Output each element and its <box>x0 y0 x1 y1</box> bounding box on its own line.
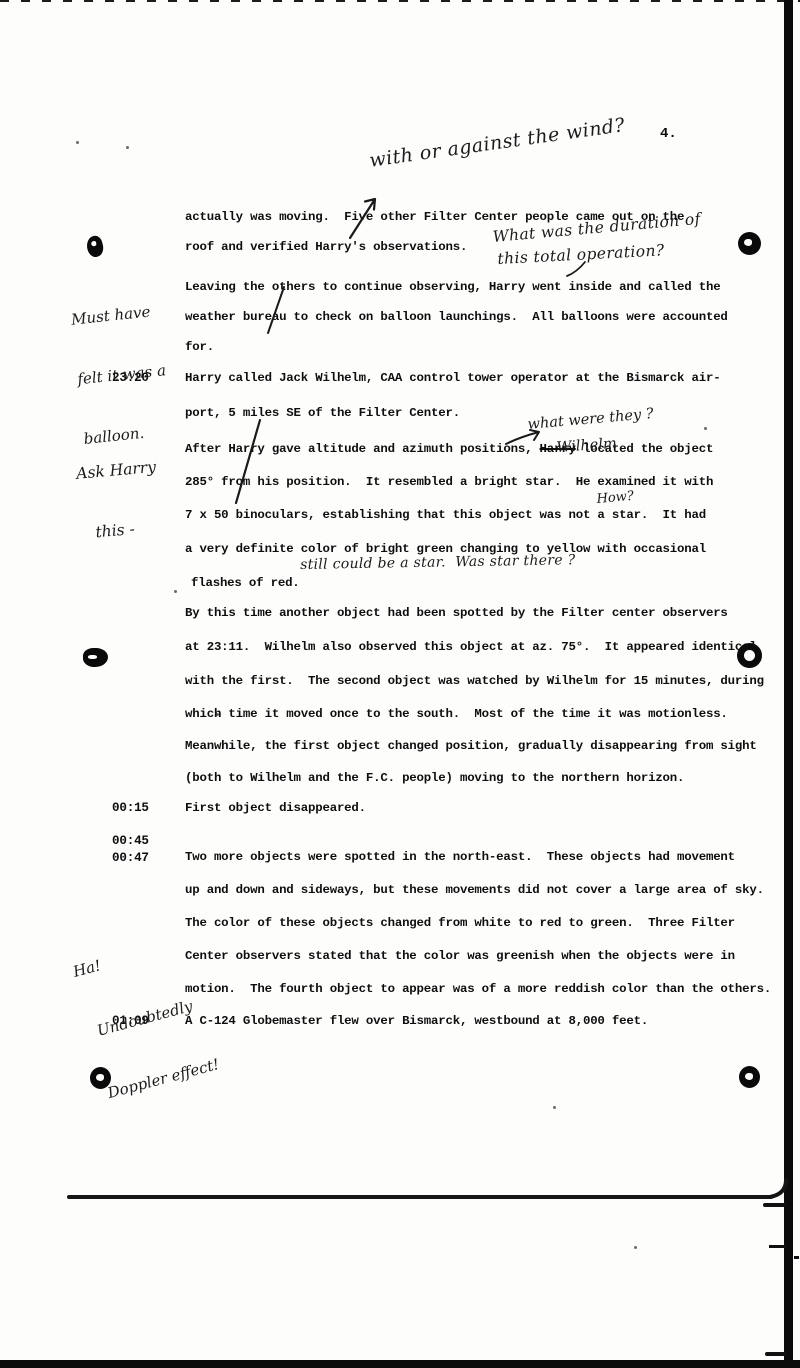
hole-punch-mark <box>85 234 106 258</box>
noise-speck <box>634 1246 637 1249</box>
edge-tick-mark <box>763 1203 786 1207</box>
typed-line: up and down and sideways, but these move… <box>185 883 764 897</box>
typed-line: for. <box>185 340 214 354</box>
hole-punch-mark <box>83 648 108 667</box>
typed-line: weather bureau to check on balloon launc… <box>185 310 728 324</box>
handwritten-line: felt it was a <box>76 360 166 389</box>
typed-line: Two more objects were spotted in the nor… <box>185 850 735 864</box>
typed-line: By this time another object had been spo… <box>185 606 728 620</box>
noise-speck <box>174 590 177 593</box>
scan-right-edge-bar <box>784 0 793 1368</box>
noise-speck <box>76 141 79 144</box>
typed-line: with the first. The second object was wa… <box>185 674 764 688</box>
typed-line: (both to Wilhelm and the F.C. people) mo… <box>185 771 684 785</box>
typed-line: First object disappeared. <box>185 801 366 815</box>
handwritten-note-wind: with or against the wind? <box>368 114 627 172</box>
typed-line: flashes of red. <box>191 576 300 590</box>
document-page: 4. 23:20 00:15 00:45 00:47 01:09 actuall… <box>0 0 800 1368</box>
handwritten-line: this - <box>95 517 162 543</box>
handwritten-line: Undoubtedly <box>95 993 205 1041</box>
margin-time: 00:15 <box>112 801 149 815</box>
typed-line: Meanwhile, the first object changed posi… <box>185 739 757 753</box>
handwritten-note-what-were-they: what were they ? <box>527 406 654 433</box>
typed-line: port, 5 miles SE of the Filter Center. <box>185 406 460 420</box>
punch-fleck <box>744 239 752 246</box>
edge-tick-mark <box>765 1352 786 1356</box>
typed-line: After Harry gave altitude and azimuth po… <box>185 442 713 456</box>
scan-bottom-edge-bar <box>0 1360 800 1368</box>
noise-speck <box>553 1106 556 1109</box>
handwritten-line: Ask Harry <box>75 457 156 484</box>
typed-line: which time it moved once to the south. M… <box>185 707 728 721</box>
handwritten-note-how: How? <box>596 489 634 507</box>
typed-segment: After Harry gave altitude and azimuth po… <box>185 442 540 456</box>
handwritten-note-star: still could be a star. Was star there ? <box>300 552 576 573</box>
page-number: 4. <box>660 126 677 142</box>
margin-time: 00:47 <box>112 851 149 865</box>
typed-line: Harry called Jack Wilhelm, CAA control t… <box>185 371 720 385</box>
handwritten-line: Must have <box>70 300 160 329</box>
typed-line: roof and verified Harry's observations. <box>185 240 467 254</box>
noise-speck <box>126 146 129 149</box>
scan-top-edge-artifact <box>0 0 800 2</box>
punch-fleck <box>88 655 97 659</box>
handwritten-line: Doppler effect! <box>105 1054 221 1104</box>
punch-fleck <box>91 241 97 247</box>
typed-line: Leaving the others to continue observing… <box>185 280 720 294</box>
typed-line: The color of these objects changed from … <box>185 916 735 930</box>
typed-line: A C-124 Globemaster flew over Bismarck, … <box>185 1014 648 1028</box>
hole-punch-mark <box>738 232 761 255</box>
hole-punch-mark <box>739 1066 760 1088</box>
typed-line: at 23:11. Wilhelm also observed this obj… <box>185 640 757 654</box>
handwritten-note-duration: this total operation? <box>497 241 665 268</box>
typed-line: motion. The fourth object to appear was … <box>185 982 771 996</box>
typed-line: Center observers stated that the color w… <box>185 949 735 963</box>
typed-line: 285° from his position. It resembled a b… <box>185 475 713 489</box>
punch-fleck <box>745 1073 753 1080</box>
handwritten-note-ask-harry: Ask Harry this - <box>72 417 165 583</box>
margin-time: 00:45 <box>112 834 149 848</box>
page-bottom-edge-line <box>67 1195 773 1199</box>
edge-tick-mark <box>769 1245 786 1248</box>
edge-tick-mark <box>794 1256 799 1259</box>
handwritten-line: Ha! <box>71 932 189 982</box>
margin-slash-mark <box>236 420 260 503</box>
noise-speck <box>704 427 707 430</box>
typed-line: 7 x 50 binoculars, establishing that thi… <box>185 508 706 522</box>
scanned-document: { "page": { "number": "4." }, "colors": … <box>0 0 800 1368</box>
